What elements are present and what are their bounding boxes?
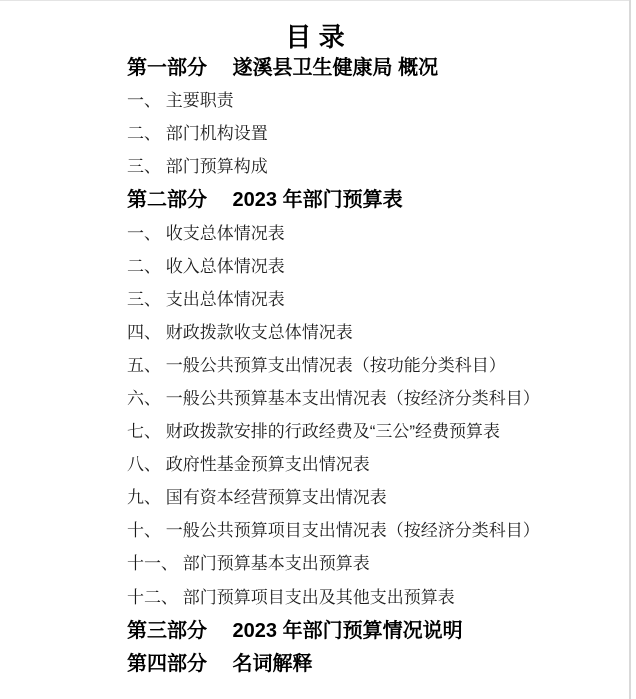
toc-item: 三、 部门预算构成 [127,148,616,181]
toc-item: 五、 一般公共预算支出情况表（按功能分类科目） [127,347,616,380]
toc-item: 三、 支出总体情况表 [127,281,616,314]
toc-item: 八、 政府性基金预算支出情况表 [127,446,616,479]
document-page: 目 录 第一部分 遂溪县卫生健康局 概况一、 主要职责二、 部门机构设置三、 部… [0,0,636,699]
toc-item: 六、 一般公共预算基本支出情况表（按经济分类科目） [127,380,616,413]
toc-item: 十二、 部门预算项目支出及其他支出预算表 [127,579,616,612]
page-right-edge-line [629,0,631,699]
toc-item: 一、 收支总体情况表 [127,214,616,247]
toc-item: 二、 部门机构设置 [127,115,616,148]
toc-item: 七、 财政拨款安排的行政经费及“三公”经费预算表 [127,413,616,446]
toc-part-heading: 第二部分 2023 年部门预算表 [127,181,616,214]
toc-item: 十一、 部门预算基本支出预算表 [127,545,616,578]
toc-item: 四、 财政拨款收支总体情况表 [127,314,616,347]
toc-part-heading: 第四部分 名词解释 [127,645,616,678]
toc-item: 二、 收入总体情况表 [127,248,616,281]
toc-item: 一、 主要职责 [127,82,616,115]
toc-item: 十、 一般公共预算项目支出情况表（按经济分类科目） [127,512,616,545]
toc-part-heading: 第一部分 遂溪县卫生健康局 概况 [127,49,616,82]
page-top-edge-line [0,0,631,1]
toc-list: 第一部分 遂溪县卫生健康局 概况一、 主要职责二、 部门机构设置三、 部门预算构… [127,49,616,678]
toc-part-heading: 第三部分 2023 年部门预算情况说明 [127,612,616,645]
toc-item: 九、 国有资本经营预算支出情况表 [127,479,616,512]
